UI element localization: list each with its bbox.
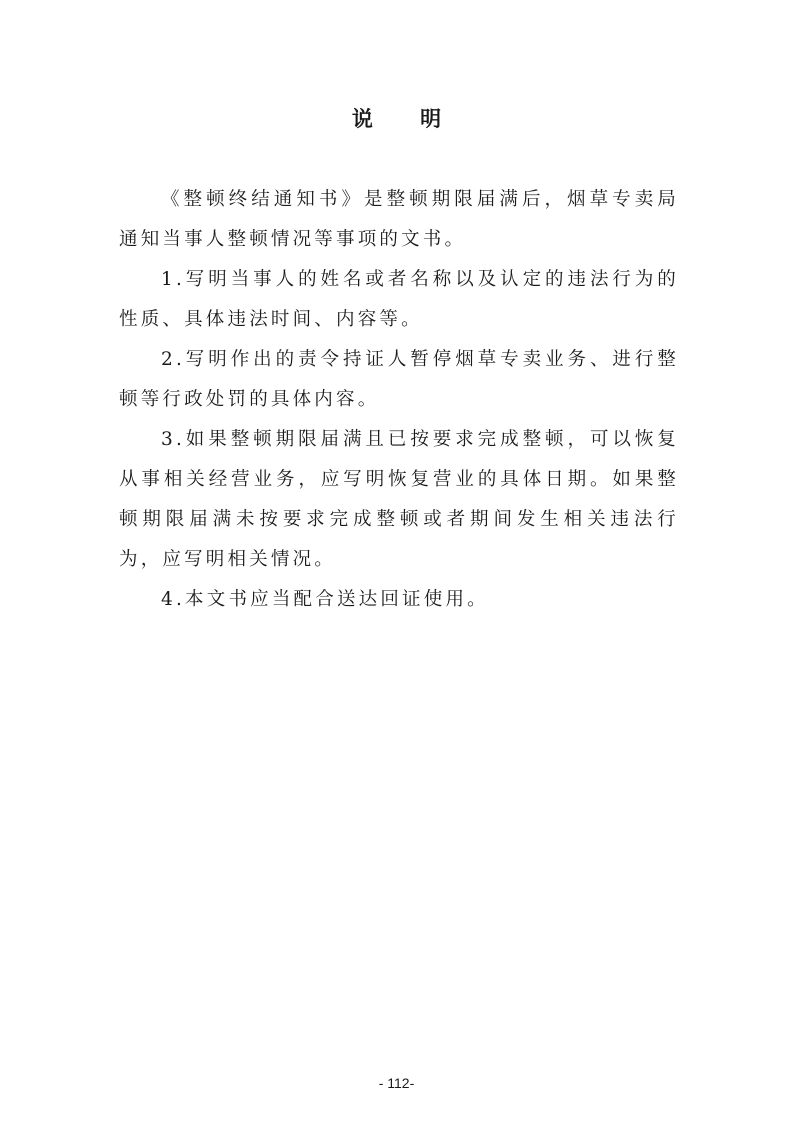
- intro-paragraph: 《整顿终结通知书》是整顿期限届满后，烟草专卖局通知当事人整顿情况等事项的文书。: [119, 180, 679, 260]
- instruction-item-2: 2.写明作出的责令持证人暂停烟草专卖业务、进行整顿等行政处罚的具体内容。: [119, 340, 679, 420]
- instruction-item-1: 1.写明当事人的姓名或者名称以及认定的违法行为的性质、具体违法时间、内容等。: [119, 260, 679, 340]
- instruction-item-4: 4.本文书应当配合送达回证使用。: [119, 580, 679, 620]
- document-body: 《整顿终结通知书》是整顿期限届满后，烟草专卖局通知当事人整顿情况等事项的文书。 …: [119, 180, 679, 620]
- instruction-item-3: 3.如果整顿期限届满且已按要求完成整顿，可以恢复从事相关经营业务，应写明恢复营业…: [119, 420, 679, 580]
- page-title: 说 明: [0, 103, 793, 133]
- page-number: - 112-: [0, 1075, 793, 1091]
